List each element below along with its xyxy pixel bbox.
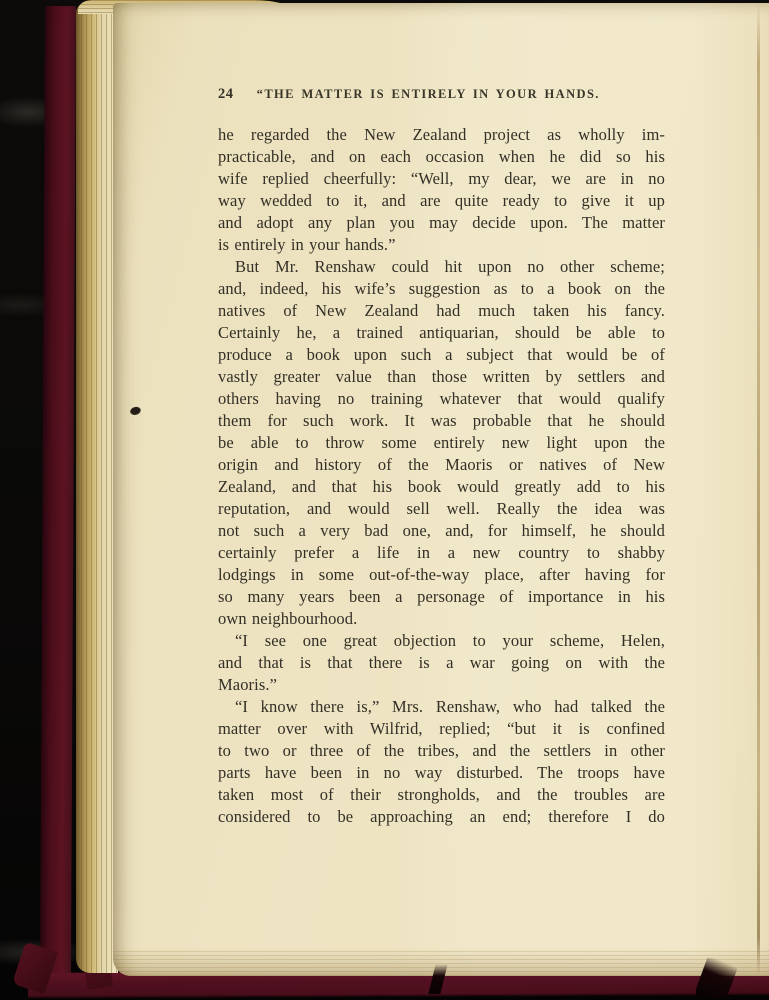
running-title: “THE MATTER IS ENTIRELY IN YOUR HANDS. (234, 87, 666, 102)
paragraph: “I see one great objection to your schem… (218, 630, 665, 696)
ink-speck (129, 406, 142, 416)
text-line: is entirely in your hands.” (218, 234, 665, 256)
page-gutter-line (757, 3, 760, 976)
text-line: lodgings in some out-of-the-way place, a… (218, 564, 665, 586)
text-line: and, indeed, his wife’s suggestion as to… (218, 278, 665, 300)
text-line: “I know there is,” Mrs. Renshaw, who had… (218, 696, 665, 718)
text-line: way wedded to it, and are quite ready to… (218, 190, 665, 212)
book-photo: 24 “THE MATTER IS ENTIRELY IN YOUR HANDS… (0, 0, 769, 1000)
paragraph: “I know there is,” Mrs. Renshaw, who had… (218, 696, 665, 828)
book-cover-left-edge (40, 6, 76, 974)
page-number: 24 (218, 86, 234, 103)
text-line: so many years been a personage of import… (218, 586, 665, 608)
text-line: own neighbourhood. (218, 608, 665, 630)
text-line: produce a book upon such a subject that … (218, 344, 665, 366)
text-line: Certainly he, a trained antiquarian, sho… (218, 322, 665, 344)
text-line: be able to throw some entirely new light… (218, 432, 665, 454)
text-line: he regarded the New Zealand project as w… (218, 124, 665, 146)
text-line: “I see one great objection to your schem… (218, 630, 665, 652)
text-line: taken most of their strongholds, and the… (218, 784, 665, 806)
text-line: Maoris.” (218, 674, 665, 696)
text-line: vastly greater value than those written … (218, 366, 665, 388)
text-line: to two or three of the tribes, and the s… (218, 740, 665, 762)
text-line: But Mr. Renshaw could hit upon no other … (218, 256, 665, 278)
text-line: matter over with Wilfrid, replied; “but … (218, 718, 665, 740)
text-line: considered to be approaching an end; the… (218, 806, 665, 828)
text-line: origin and history of the Maoris or nati… (218, 454, 665, 476)
text-line: not such a very bad one, and, for himsel… (218, 520, 665, 542)
page-header: 24 “THE MATTER IS ENTIRELY IN YOUR HANDS… (218, 86, 665, 103)
book-page: 24 “THE MATTER IS ENTIRELY IN YOUR HANDS… (113, 3, 769, 976)
text-line: them for such work. It was probable that… (218, 410, 665, 432)
text-line: and adopt any plan you may decide upon. … (218, 212, 665, 234)
text-line: certainly prefer a life in a new country… (218, 542, 665, 564)
page-text: he regarded the New Zealand project as w… (218, 124, 665, 828)
page-text-block: 24 “THE MATTER IS ENTIRELY IN YOUR HANDS… (218, 86, 665, 828)
paragraph: But Mr. Renshaw could hit upon no other … (218, 256, 665, 630)
text-line: reputation, and would sell well. Really … (218, 498, 665, 520)
text-line: and that is that there is a war going on… (218, 652, 665, 674)
text-line: others having no training whatever that … (218, 388, 665, 410)
text-line: parts have been in no way disturbed. The… (218, 762, 665, 784)
text-line: Zealand, and that his book would greatly… (218, 476, 665, 498)
paragraph: he regarded the New Zealand project as w… (218, 124, 665, 256)
text-line: practicable, and on each occasion when h… (218, 146, 665, 168)
text-line: natives of New Zealand had much taken hi… (218, 300, 665, 322)
page-stack-fore-edge (76, 3, 118, 973)
text-line: wife replied cheerfully: “Well, my dear,… (218, 168, 665, 190)
